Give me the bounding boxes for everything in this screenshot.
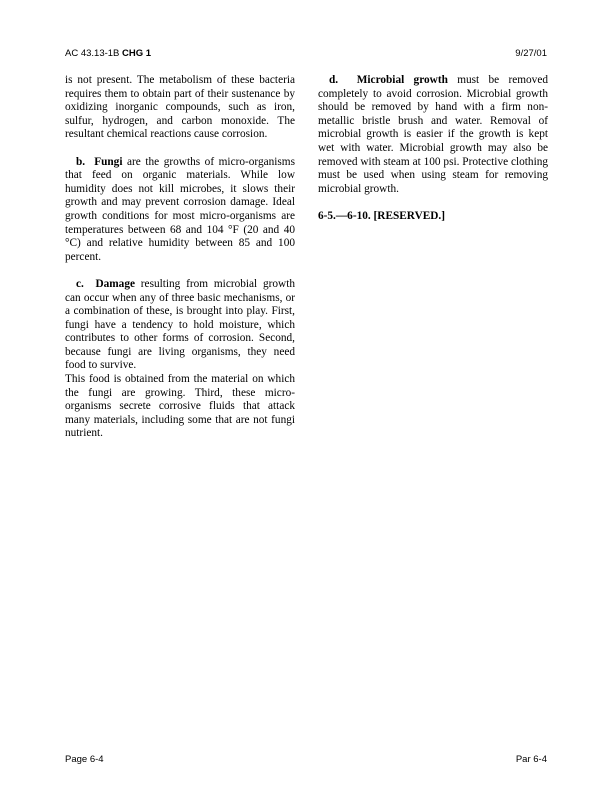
reserved-heading: 6-5.—6-10. [RESERVED.] <box>318 210 548 224</box>
left-column: is not present. The metabolism of these … <box>65 74 295 455</box>
header-date: 9/27/01 <box>515 48 547 59</box>
paragraph-label: d. <box>329 74 338 86</box>
paragraph-term: Damage <box>95 278 135 290</box>
page-footer: Page 6-4 Par 6-4 <box>65 754 547 765</box>
paragraph-b-fungi: b. Fungi are the growths of micro-organi… <box>65 156 295 265</box>
paragraph-term: Microbial growth <box>357 74 448 86</box>
right-column: d. Microbial growth must be removed comp… <box>318 74 548 237</box>
page-number: Page 6-4 <box>65 754 104 765</box>
paragraph-c-continued: This food is obtained from the material … <box>65 373 295 441</box>
change-number: CHG 1 <box>122 48 151 59</box>
page-header: AC 43.13-1B CHG 1 9/27/01 <box>65 48 547 59</box>
paragraph-term: Fungi <box>94 156 122 168</box>
paragraph-label: b. <box>76 156 85 168</box>
paragraph-d-microbial-growth: d. Microbial growth must be removed comp… <box>318 74 548 196</box>
paragraph-continuation: is not present. The metabolism of these … <box>65 74 295 142</box>
paragraph-label: c. <box>76 278 84 290</box>
document-id: AC 43.13-1B CHG 1 <box>65 48 151 59</box>
paragraph-c-damage: c. Damage resulting from microbial growt… <box>65 278 295 373</box>
paragraph-reference: Par 6-4 <box>516 754 547 765</box>
